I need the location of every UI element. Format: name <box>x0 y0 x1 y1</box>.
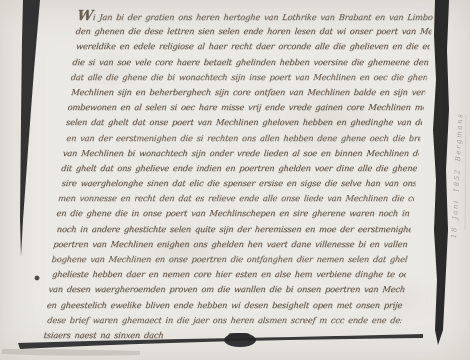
right-fold-shadow <box>433 0 449 345</box>
manuscript-line: sire waerghelonghe sinen dat elic die sp… <box>61 176 417 191</box>
manuscript-photo: Wi Jan bi der gratien ons heren hertoghe… <box>0 0 470 360</box>
manuscript-line: boghene van Mechlinen en onse poertren d… <box>51 252 409 267</box>
parchment-hole <box>35 276 40 281</box>
manuscript-line: tsiaers naest na sinxen dach <box>43 328 401 343</box>
manuscript-line: en die ghene die in onse poert van Mechl… <box>56 206 414 221</box>
manuscript-line: en gheestelich ewelike bliven ende hebbe… <box>46 298 404 313</box>
manuscript-line: dit ghelt dat ons ghelieve ende indien e… <box>60 161 418 176</box>
manuscript-line: den ghenen die dese lettren sien selen e… <box>75 24 433 39</box>
manuscript-line: selen dat ghelt dat onse poert van Mechl… <box>65 115 423 130</box>
manuscript-line: men vonnesse en recht den dat es relieve… <box>57 191 415 206</box>
manuscript-line: van desen waergheroemden proven om die w… <box>48 282 406 297</box>
left-fold-shadow <box>20 0 40 257</box>
manuscript-line: noch in andere ghestichte selen quite si… <box>56 222 412 237</box>
manuscript-line: dat alle die ghene die bi wonachtech sij… <box>70 70 428 85</box>
manuscript-line: poertren van Mechlinen enighen ons gheld… <box>52 237 410 252</box>
manuscript-line: Wi Jan bi der gratien ons heren hertoghe… <box>76 9 434 24</box>
manuscript-line: ombewonen en al selen si oec hare misse … <box>67 100 425 115</box>
manuscript-line: Mechlinen sijn en beherberghech sijn cor… <box>70 85 426 100</box>
manuscript-text: Wi Jan bi der gratien ons heren hertoghe… <box>42 9 434 349</box>
manuscript-line: en van der eerstmenighen die si rechten … <box>66 131 422 146</box>
manuscript-line: dese brief waren ghemaect in die jaer on… <box>46 313 402 328</box>
manuscript-line: van Mechlinen bi wonachtech sijn onder v… <box>62 146 420 161</box>
bottom-smear <box>2 349 140 356</box>
margin-annotation: 18 Jani 1852 Bergmans <box>450 53 470 238</box>
manuscript-line: wereldike en edele religiose al haer rec… <box>75 39 431 54</box>
manuscript-line: ghelieste hebben daer en nemen core hier… <box>51 267 407 282</box>
manuscript-line: die si van soe vele core haere betaelt g… <box>72 55 430 70</box>
